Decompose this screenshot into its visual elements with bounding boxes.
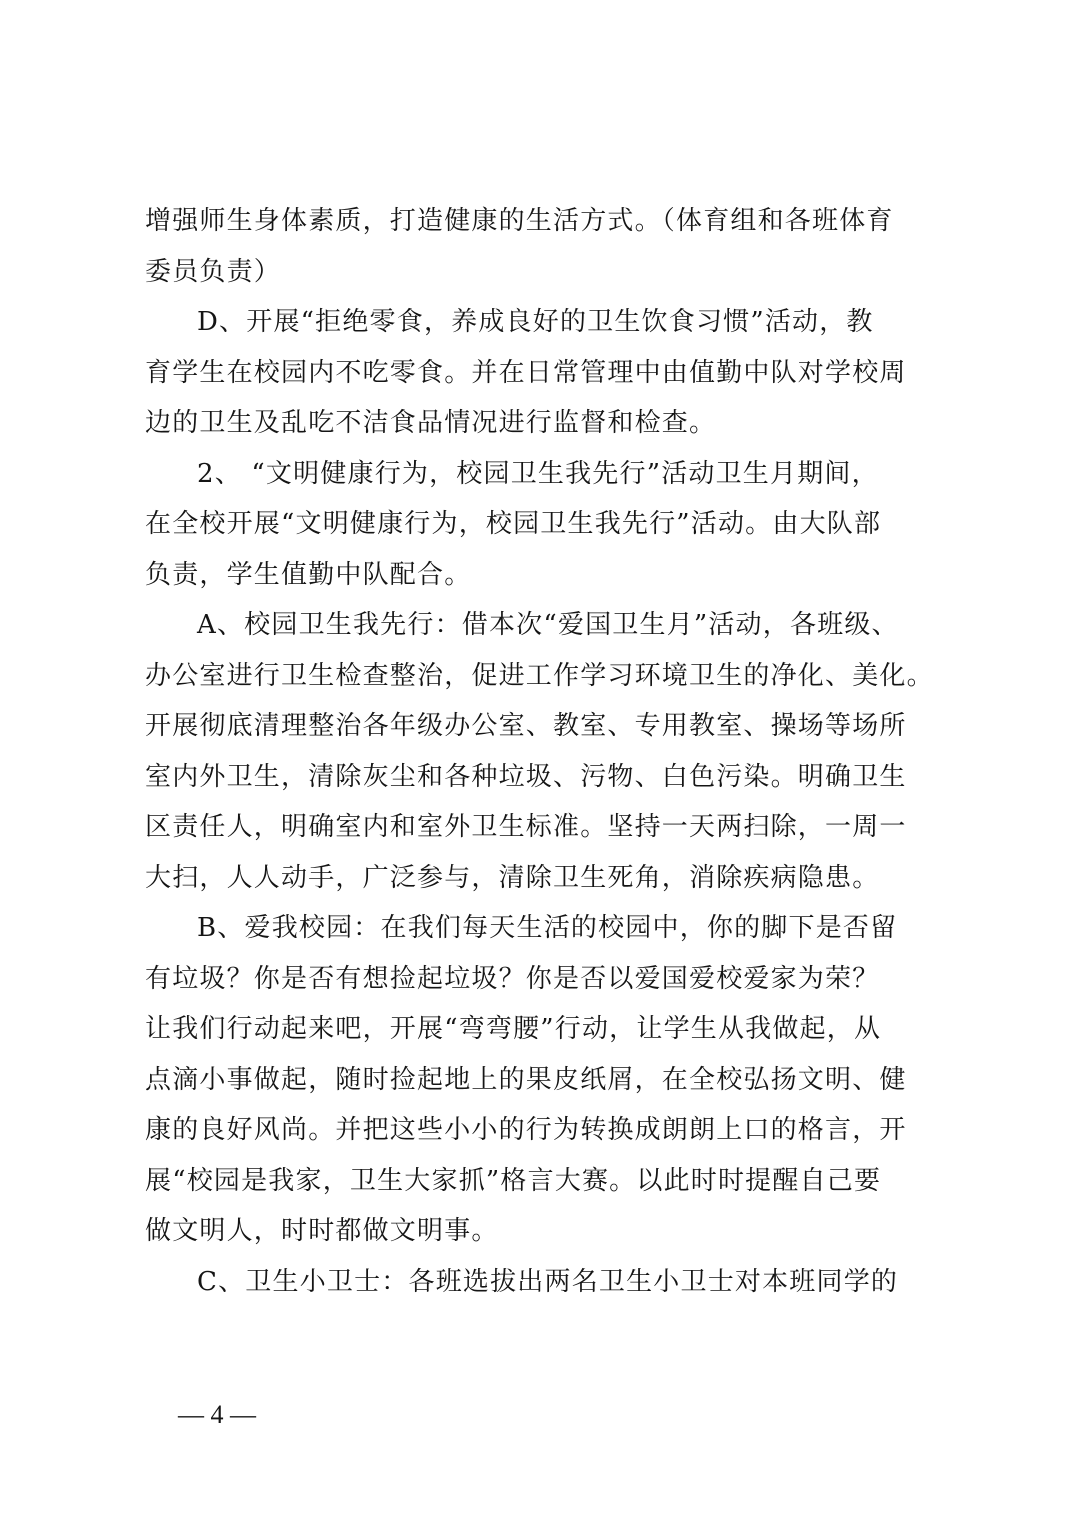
text-line: 办公室进行卫生检查整治，促进工作学习环境卫生的净化、美化。 <box>145 651 945 702</box>
text-line: 区责任人，明确室内和室外卫生标准。坚持一天两扫除，一周一 <box>145 802 945 853</box>
text-line: 在全校开展“文明健康行为，校园卫生我先行”活动。由大队部 <box>145 499 945 550</box>
document-body: 增强师生身体素质，打造健康的生活方式。（体育组和各班体育 委员负责） D、开展“… <box>145 196 945 1307</box>
text-line: 室内外卫生，清除灰尘和各种垃圾、污物、白色污染。明确卫生 <box>145 752 945 803</box>
section-2-heading-line: 2、 “文明健康行为，校园卫生我先行”活动卫生月期间， <box>145 449 945 500</box>
text-line: 开展彻底清理整治各年级办公室、教室、专用教室、操场等场所 <box>145 701 945 752</box>
paragraph-c-heading-line: C、卫生小卫士：各班选拔出两名卫生小卫士对本班同学的 <box>145 1257 945 1308</box>
text-line: 康的良好风尚。并把这些小小的行为转换成朗朗上口的格言，开 <box>145 1105 945 1156</box>
text-line: 负责，学生值勤中队配合。 <box>145 550 945 601</box>
text-line: 大扫，人人动手，广泛参与，清除卫生死角，消除疾病隐患。 <box>145 853 945 904</box>
text-line: 有垃圾？你是否有想捡起垃圾？你是否以爱国爱校爱家为荣？ <box>145 954 945 1005</box>
text-line: 委员负责） <box>145 247 945 298</box>
text-line: 点滴小事做起，随时捡起地上的果皮纸屑，在全校弘扬文明、健 <box>145 1055 945 1106</box>
text-line: 做文明人，时时都做文明事。 <box>145 1206 945 1257</box>
text-line: 育学生在校园内不吃零食。并在日常管理中由值勤中队对学校周 <box>145 348 945 399</box>
paragraph-b-heading-line: B、爱我校园：在我们每天生活的校园中，你的脚下是否留 <box>145 903 945 954</box>
text-line: 让我们行动起来吧，开展“弯弯腰”行动，让学生从我做起，从 <box>145 1004 945 1055</box>
document-page: 增强师生身体素质，打造健康的生活方式。（体育组和各班体育 委员负责） D、开展“… <box>0 0 1080 1527</box>
text-line: 边的卫生及乱吃不洁食品情况进行监督和检查。 <box>145 398 945 449</box>
text-line: 增强师生身体素质，打造健康的生活方式。（体育组和各班体育 <box>145 196 945 247</box>
paragraph-d-heading-line: D、开展“拒绝零食，养成良好的卫生饮食习惯”活动，教 <box>145 297 945 348</box>
paragraph-a-heading-line: A、校园卫生我先行：借本次“爱国卫生月”活动，各班级、 <box>145 600 945 651</box>
page-number: — 4 — <box>178 1398 256 1432</box>
text-line: 展“校园是我家，卫生大家抓”格言大赛。以此时时提醒自己要 <box>145 1156 945 1207</box>
